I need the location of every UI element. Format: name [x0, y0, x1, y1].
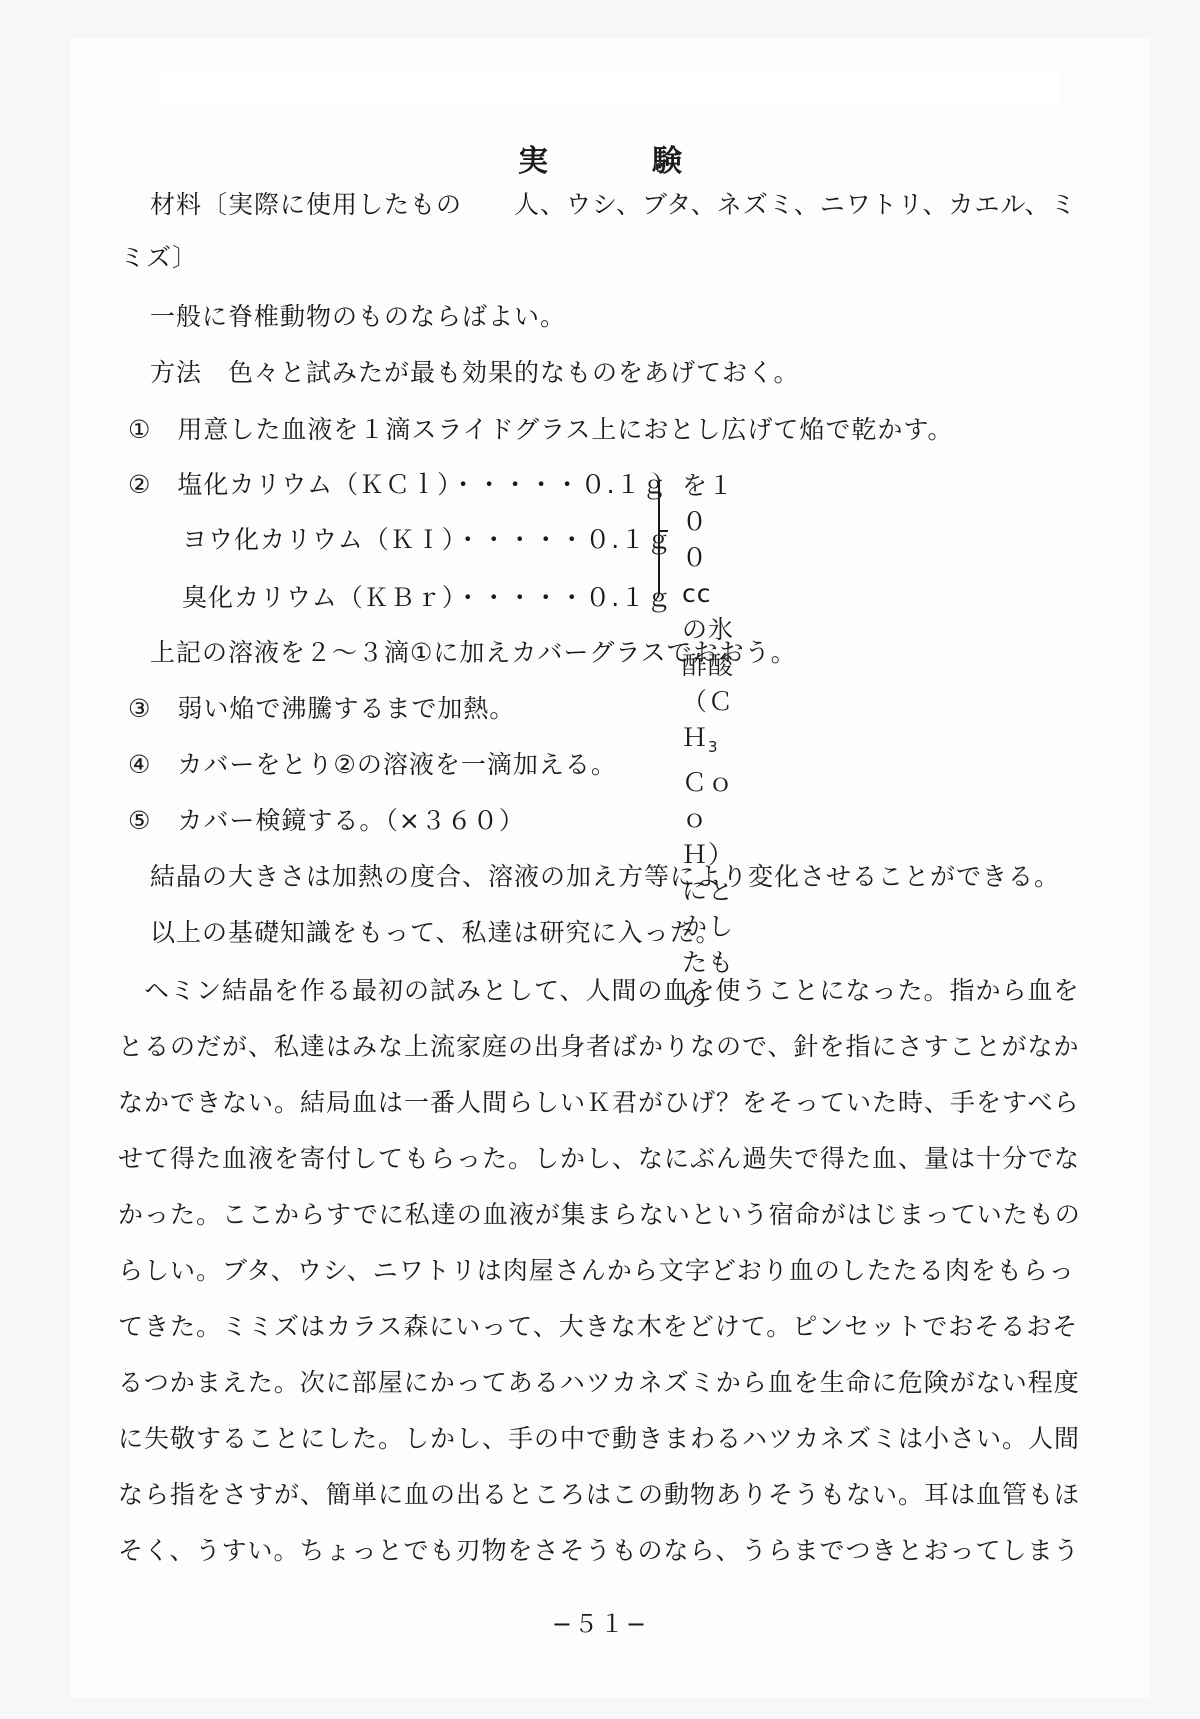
method-step-5: ⑤ カバー検鏡する。（×３６０） [128, 806, 525, 836]
reagent-kcl: ② 塩化カリウム（ＫＣｌ）・・・・・０.１ｇ [128, 470, 668, 500]
solvent-note-line-1: を１０ ０ccの氷酢酸（ＣＨ [682, 471, 734, 752]
solvent-note-line-1-end: Ｃｏｏ [682, 768, 734, 833]
narrative-line-7: てきた。ミミズはカラス森にいって、大きな木をどけて。ピンセットでおそるおそ [118, 1312, 1078, 1342]
scan-artifact [160, 72, 1060, 108]
materials-line-3: 一般に脊椎動物のものならばよい。 [150, 302, 566, 332]
narrative-line-2: とるのだが、私達はみな上流家庭の出身者ばかりなので、針を指にさすことがなか [118, 1032, 1080, 1062]
reagent-ki: ヨウ化カリウム（ＫＩ）・・・・・０.１ｇ [182, 525, 672, 555]
method-step-1: ① 用意した血液を１滴スライドグラス上におとし広げて焔で乾かす。 [128, 415, 953, 445]
materials-line-2: ミズ〕 [120, 243, 198, 273]
page-title: 実験 [0, 136, 1200, 180]
note-crystal-size: 結晶の大きさは加熱の度合、溶液の加え方等により変化させることができる。 [150, 862, 1060, 892]
narrative-line-8: るつかまえた。次に部屋にかってあるハツカネズミから血を生命に危険がない程度 [118, 1368, 1080, 1398]
subscript-3: 3 [708, 738, 719, 756]
narrative-line-6: らしい。ブタ、ウシ、ニワトリは肉屋さんから文字どおり血のしたたる肉をもらっ [118, 1256, 1075, 1286]
narrative-line-9: に失敬することにした。しかし、手の中で動きまわるハツカネズミは小さい。人間 [118, 1424, 1080, 1454]
narrative-line-4: せて得た血液を寄付してもらった。しかし、なにぶん過失で得た血、量は十分でな [118, 1144, 1080, 1174]
method-step-3: ③ 弱い焔で沸騰するまで加熱。 [128, 694, 515, 724]
narrative-line-10: なら指をさすが、簡単に血の出るところはこの動物ありそうもない。耳は血管もほ [118, 1480, 1080, 1510]
method-step-4: ④ カバーをとり②の溶液を一滴加える。 [128, 750, 617, 780]
curly-brace-icon [644, 472, 660, 602]
narrative-line-1: ヘミン結晶を作る最初の試みとして、人間の血を使うことになった。指から血を [118, 976, 1080, 1006]
note-start-research: 以上の基礎知識をもって、私達は研究に入った。 [150, 918, 722, 948]
reagent-kbr: 臭化カリウム（ＫＢｒ）・・・・・０.１ｇ [182, 583, 672, 613]
narrative-line-5: かった。ここからすでに私達の血液が集まらないという宿命がはじまっていたもの [118, 1200, 1081, 1230]
materials-line-1: 材料〔実際に使用したもの 人、ウシ、ブタ、ネズミ、ニワトリ、カエル、ミ [150, 190, 1077, 220]
method-step-2-followup: 上記の溶液を２〜３滴①に加えカバーグラスでおおう。 [150, 638, 797, 668]
narrative-line-11: そく、うすい。ちょっとでも刃物をさそうものなら、うらまでつきとおってしまう [118, 1536, 1080, 1566]
method-intro: 方法 色々と試みたが最も効果的なものをあげておく。 [150, 358, 800, 388]
narrative-line-3: なかできない。結局血は一番人間らしいＫ君がひげ？をそっていた時、手をすべら [118, 1088, 1080, 1118]
title-char-1: 実 [518, 136, 548, 180]
title-char-2: 験 [652, 136, 682, 180]
page-number: −５１− [0, 1604, 1200, 1639]
